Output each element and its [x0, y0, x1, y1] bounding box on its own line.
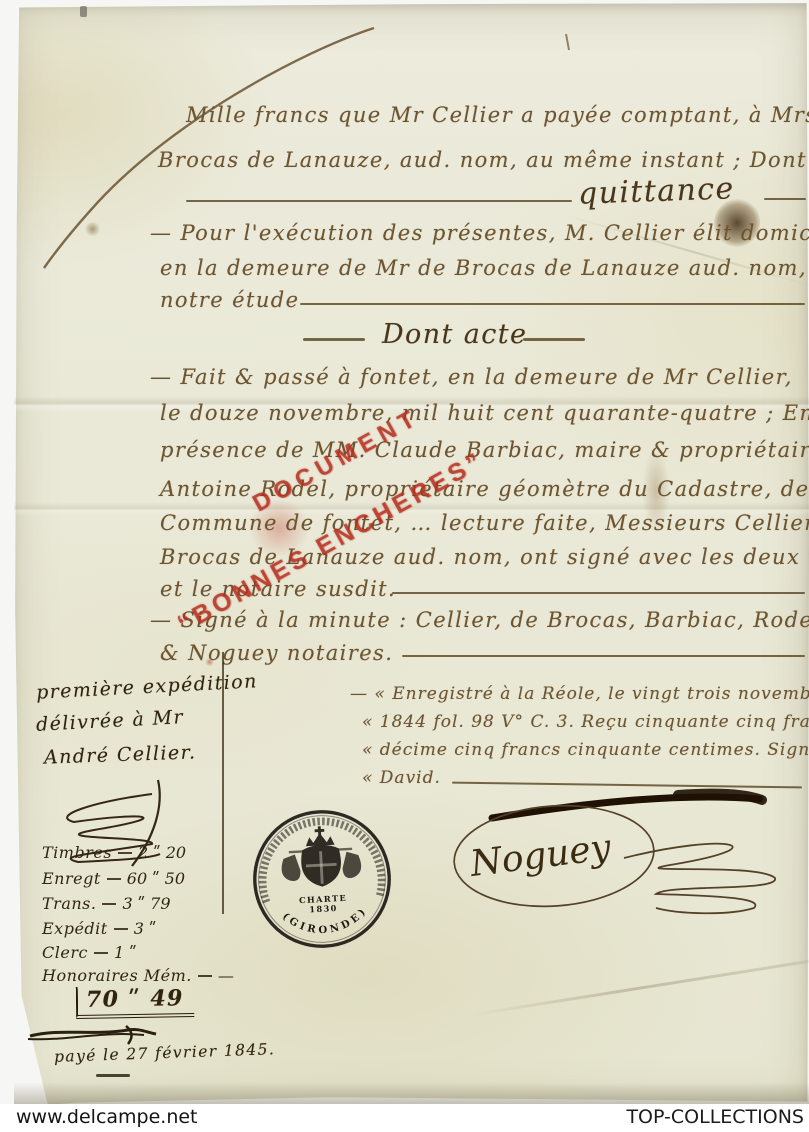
manuscript-line: notre étude — [160, 288, 299, 312]
fee-dash — [198, 975, 212, 977]
manuscript-line: Commune de fontet, … lecture faite, Mess… — [160, 511, 809, 535]
manuscript-line: en la demeure de Mr de Brocas de Lanauze… — [160, 256, 809, 280]
fee-label: Honoraires Mém. — [42, 966, 192, 985]
ink-rule — [402, 655, 805, 657]
fee-value: — — [218, 966, 234, 985]
fee-value: 3 ʺ — [134, 919, 157, 938]
fee-label: Enregt — [42, 869, 101, 888]
manuscript-line: — Pour l'exécution des présentes, M. Cel… — [150, 221, 809, 245]
fee-dash — [94, 952, 108, 954]
fee-value: 60 ʺ 50 — [127, 869, 185, 888]
manuscript-line: — Fait & passé à fontet, en la demeure d… — [150, 365, 793, 389]
quittance-word: quittance — [577, 171, 735, 211]
registration-line: — « Enregistré à la Réole, le vingt troi… — [350, 684, 809, 704]
watermark-site-text: www.delcampe.net — [16, 1106, 198, 1128]
watermark-brand-text: TOP-COLLECTIONS — [626, 1106, 804, 1128]
ink-rule — [764, 198, 806, 200]
manuscript-line: Brocas de Lanauze aud. nom, ont signé av… — [160, 545, 809, 569]
fee-label: Timbres — [42, 843, 112, 862]
notary-seal: CHARTE 1830 ( G I R O N D E ) — [246, 802, 397, 955]
fee-dash — [118, 852, 132, 854]
dont-acte-heading: Dont acte — [382, 319, 527, 350]
fee-row: Honoraires Mém. — — [42, 966, 222, 985]
fee-label: Trans. — [42, 894, 96, 913]
scanned-document: Mille francs que Mr Cellier a payée comp… — [0, 0, 809, 1132]
fee-row: Clerc 1 ʺ — [42, 943, 222, 962]
fee-value: 2 ʺ 20 — [138, 843, 186, 862]
manuscript-line: & Noguey notaires. — [160, 641, 393, 665]
struck-out-note — [26, 1022, 166, 1046]
signature-name: Noguey — [467, 827, 614, 885]
manuscript-line: — Signé à la minute : Cellier, de Brocas… — [150, 608, 809, 632]
ink-rule — [96, 1074, 130, 1077]
ink-rule — [523, 338, 585, 341]
fee-row: Timbres 2 ʺ 20 — [42, 843, 222, 862]
ink-rule — [186, 200, 572, 202]
fee-total: 70 ʺ 49 — [76, 985, 194, 1019]
fee-label: Clerc — [42, 943, 88, 962]
signature-noguey: Noguey — [428, 780, 794, 926]
manuscript-line: Mille francs que Mr Cellier a payée comp… — [186, 103, 809, 127]
fee-dash — [107, 878, 121, 880]
fee-value: 1 ʺ — [114, 943, 137, 962]
fee-row: Expédit 3 ʺ — [42, 919, 222, 938]
watermark-footer-bar: www.delcampe.net TOP-COLLECTIONS — [0, 1104, 809, 1132]
manuscript-line: le douze novembre, mil huit cent quarant… — [160, 401, 809, 425]
ink-rule — [300, 303, 805, 305]
fee-row: Enregt 60 ʺ 50 — [42, 869, 222, 888]
fee-dash — [102, 903, 116, 905]
seal-year-text: 1830 — [309, 903, 338, 914]
fee-value: 3 ʺ 79 — [122, 894, 170, 913]
ink-rule — [392, 592, 805, 594]
registration-line: « 1844 fol. 98 V° C. 3. Reçu cinquante c… — [362, 712, 809, 732]
manuscript-line: Brocas de Lanauze, aud. nom, au même ins… — [158, 148, 807, 172]
fee-dash — [114, 928, 128, 930]
registration-line: « décime cinq francs cinquante centimes.… — [362, 740, 809, 760]
fee-label: Expédit — [42, 919, 108, 938]
ink-rule — [303, 338, 365, 341]
fee-row: Trans. 3 ʺ 79 — [42, 894, 222, 913]
manuscript-line: présence de MM. Claude Barbiac, maire & … — [160, 438, 809, 462]
